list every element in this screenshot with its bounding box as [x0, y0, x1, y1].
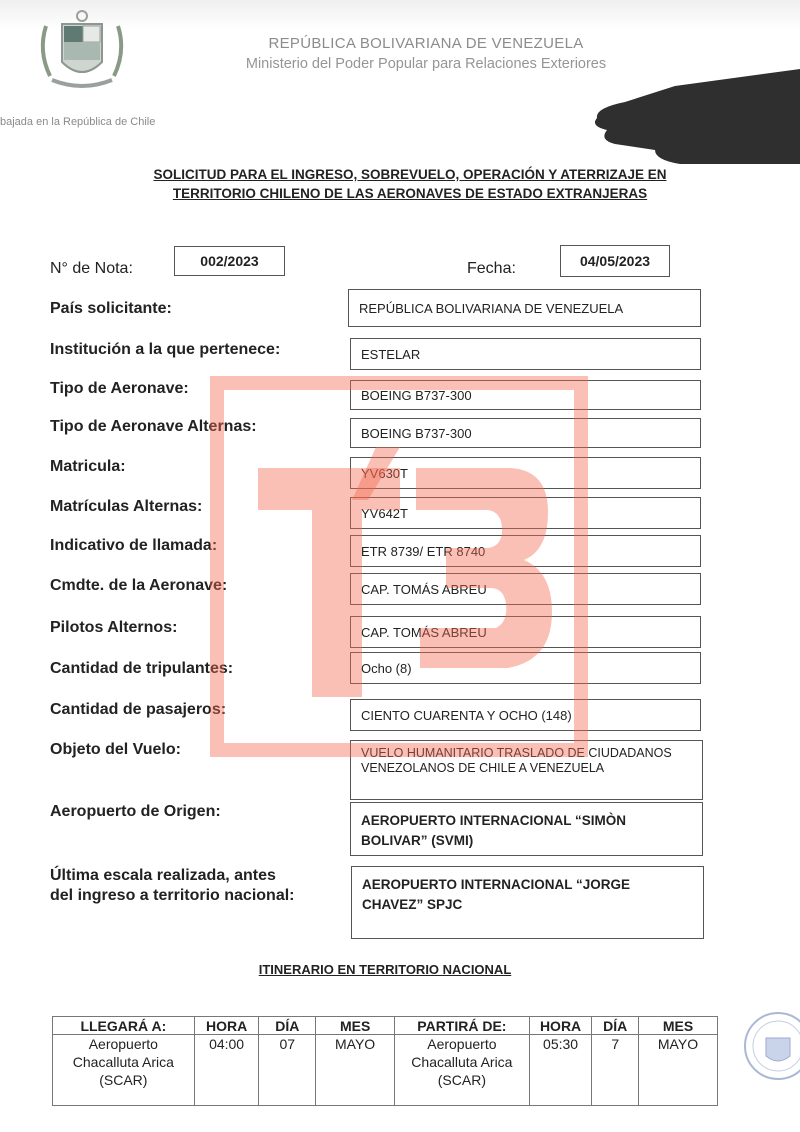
tipo-aeronave-label: Tipo de Aeronave:	[50, 380, 189, 398]
col-llegara: LLEGARÁ A:	[53, 1017, 195, 1035]
tripulantes-label: Cantidad de tripulantes:	[50, 660, 233, 678]
itinerary-header-row: LLEGARÁ A: HORA DÍA MES PARTIRÁ DE: HORA…	[53, 1017, 718, 1035]
indicativo-label: Indicativo de llamada:	[50, 537, 217, 555]
col-dia-llegada: DÍA	[259, 1017, 316, 1035]
matriculas-alternas-field: YV642T	[350, 497, 701, 529]
nota-field: 002/2023	[174, 246, 285, 276]
cell-hora-llegada: 04:00	[194, 1035, 259, 1106]
nota-label: N° de Nota:	[50, 260, 133, 278]
col-partira: PARTIRÁ DE:	[395, 1017, 530, 1035]
col-hora-salida: HORA	[529, 1017, 592, 1035]
indicativo-field: ETR 8739/ ETR 8740	[350, 535, 701, 567]
pilotos-alternos-label: Pilotos Alternos:	[50, 619, 177, 637]
pais-field: REPÚBLICA BOLIVARIANA DE VENEZUELA	[348, 289, 701, 327]
tripulantes-field: Ocho (8)	[350, 652, 701, 684]
itinerary-title: ITINERARIO EN TERRITORIO NACIONAL	[0, 962, 770, 977]
cell-llegara: Aeropuerto Chacalluta Arica (SCAR)	[53, 1035, 195, 1106]
redaction-mark	[585, 64, 800, 174]
institucion-label: Institución a la que pertenece:	[50, 341, 280, 359]
ultima-escala-label: Última escala realizada, antes del ingre…	[50, 866, 295, 906]
fecha-field: 04/05/2023	[560, 245, 670, 277]
document-title-line-2: TERRITORIO CHILENO DE LAS AERONAVES DE E…	[100, 184, 720, 203]
aeropuerto-origen-label: Aeropuerto de Origen:	[50, 803, 221, 821]
letterhead-country: REPÚBLICA BOLIVARIANA DE VENEZUELA	[0, 35, 800, 52]
matricula-field: YV630T	[350, 457, 701, 489]
col-hora-llegada: HORA	[194, 1017, 259, 1035]
ultima-escala-field: AEROPUERTO INTERNACIONAL “JORGE CHAVEZ” …	[351, 866, 704, 939]
coat-of-arms-icon	[28, 6, 136, 98]
document-title: SOLICITUD PARA EL INGRESO, SOBREVUELO, O…	[100, 165, 720, 203]
document-title-line-1: SOLICITUD PARA EL INGRESO, SOBREVUELO, O…	[100, 165, 720, 184]
col-dia-salida: DÍA	[592, 1017, 639, 1035]
tipo-aeronave-alternas-field: BOEING B737-300	[350, 418, 701, 448]
ultima-escala-label-line-2: del ingreso a territorio nacional:	[50, 886, 295, 906]
tipo-aeronave-alternas-label: Tipo de Aeronave Alternas:	[50, 418, 257, 436]
cell-mes-llegada: MAYO	[316, 1035, 395, 1106]
cell-dia-llegada: 07	[259, 1035, 316, 1106]
comandante-label: Cmdte. de la Aeronave:	[50, 577, 227, 595]
cell-dia-salida: 7	[592, 1035, 639, 1106]
table-row: Aeropuerto Chacalluta Arica (SCAR) 04:00…	[53, 1035, 718, 1106]
objeto-vuelo-field: VUELO HUMANITARIO TRASLADO DE CIUDADANOS…	[350, 740, 703, 800]
itinerary-table: LLEGARÁ A: HORA DÍA MES PARTIRÁ DE: HORA…	[52, 1016, 718, 1106]
official-seal-icon	[740, 1008, 800, 1084]
pilotos-alternos-field: CAP. TOMÁS ABREU	[350, 616, 701, 648]
matriculas-alternas-label: Matrículas Alternas:	[50, 498, 202, 516]
cell-partira: Aeropuerto Chacalluta Arica (SCAR)	[395, 1035, 530, 1106]
embassy-name: bajada en la República de Chile	[0, 116, 155, 128]
col-mes-llegada: MES	[316, 1017, 395, 1035]
col-mes-salida: MES	[638, 1017, 717, 1035]
comandante-field: CAP. TOMÁS ABREU	[350, 573, 701, 605]
pasajeros-label: Cantidad de pasajeros:	[50, 701, 226, 719]
fecha-label: Fecha:	[467, 260, 516, 278]
cell-mes-salida: MAYO	[638, 1035, 717, 1106]
pais-label: País solicitante:	[50, 300, 172, 318]
pasajeros-field: CIENTO CUARENTA Y OCHO (148)	[350, 699, 701, 731]
aeropuerto-origen-field: AEROPUERTO INTERNACIONAL “SIMÒN BOLIVAR”…	[350, 802, 703, 856]
tipo-aeronave-field: BOEING B737-300	[350, 380, 701, 410]
objeto-vuelo-label: Objeto del Vuelo:	[50, 741, 181, 759]
institucion-field: ESTELAR	[350, 338, 701, 370]
ultima-escala-label-line-1: Última escala realizada, antes	[50, 866, 295, 886]
cell-hora-salida: 05:30	[529, 1035, 592, 1106]
matricula-label: Matricula:	[50, 458, 126, 476]
